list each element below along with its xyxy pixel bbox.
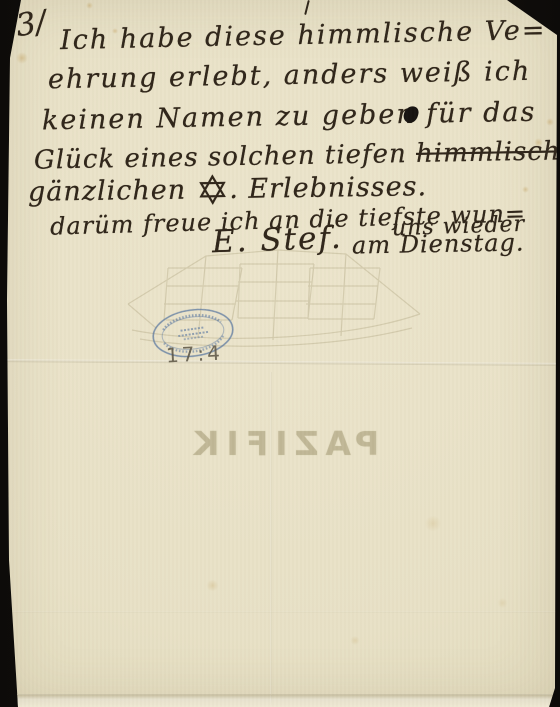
foxing-spot	[424, 516, 442, 531]
foxing-spot	[16, 52, 28, 64]
handwriting-line-3: keinen Namen zu geben für das	[42, 97, 537, 137]
fold-crease-horizontal	[0, 359, 560, 366]
handwriting-line-5: gänzlichen ✡. Erlebnisses.	[28, 171, 427, 208]
signature: E. Stef.	[211, 220, 343, 261]
paper: PAZIFIK 3/ Ich habe diese himmlische Ve=…	[0, 0, 560, 707]
handwriting-line-4: Glück eines solchen tiefen himmlisch	[34, 136, 560, 175]
scan-background: PAZIFIK 3/ Ich habe diese himmlische Ve=…	[0, 0, 560, 707]
margin-number: 3/	[13, 4, 48, 44]
pen-stroke-mark	[304, 0, 310, 15]
paper-bottom-edge	[0, 694, 560, 707]
strikethrough-word: himmlisch	[416, 136, 560, 169]
foxing-spot	[86, 2, 93, 9]
handwriting-line-5-before: gänzlichen	[28, 174, 196, 207]
fold-crease-horizontal-lower	[0, 611, 560, 613]
fold-crease-vertical	[270, 372, 272, 707]
foxing-spot	[206, 580, 219, 591]
pazifik-watermark: PAZIFIK	[176, 424, 390, 463]
foxing-spot	[350, 636, 360, 645]
stamp-center-text-2	[178, 332, 208, 336]
handwriting-line-9: am Dienstag.	[352, 228, 525, 259]
stamp-center-text-3	[184, 337, 204, 340]
pencil-note: 17:4	[165, 341, 223, 368]
foxing-spot	[522, 186, 529, 193]
handwriting-line-2: ehrung erlebt, anders weiß ich	[48, 56, 532, 95]
handwriting-line-5-after: . Erlebnisses.	[229, 171, 427, 205]
foxing-spot	[497, 598, 508, 608]
handwriting-line-1: Ich habe diese himmlische Ve=	[60, 15, 547, 56]
stamp-center-text-1	[181, 327, 205, 330]
stamp-arc-text-top	[162, 312, 221, 330]
foxing-spot	[546, 118, 554, 126]
